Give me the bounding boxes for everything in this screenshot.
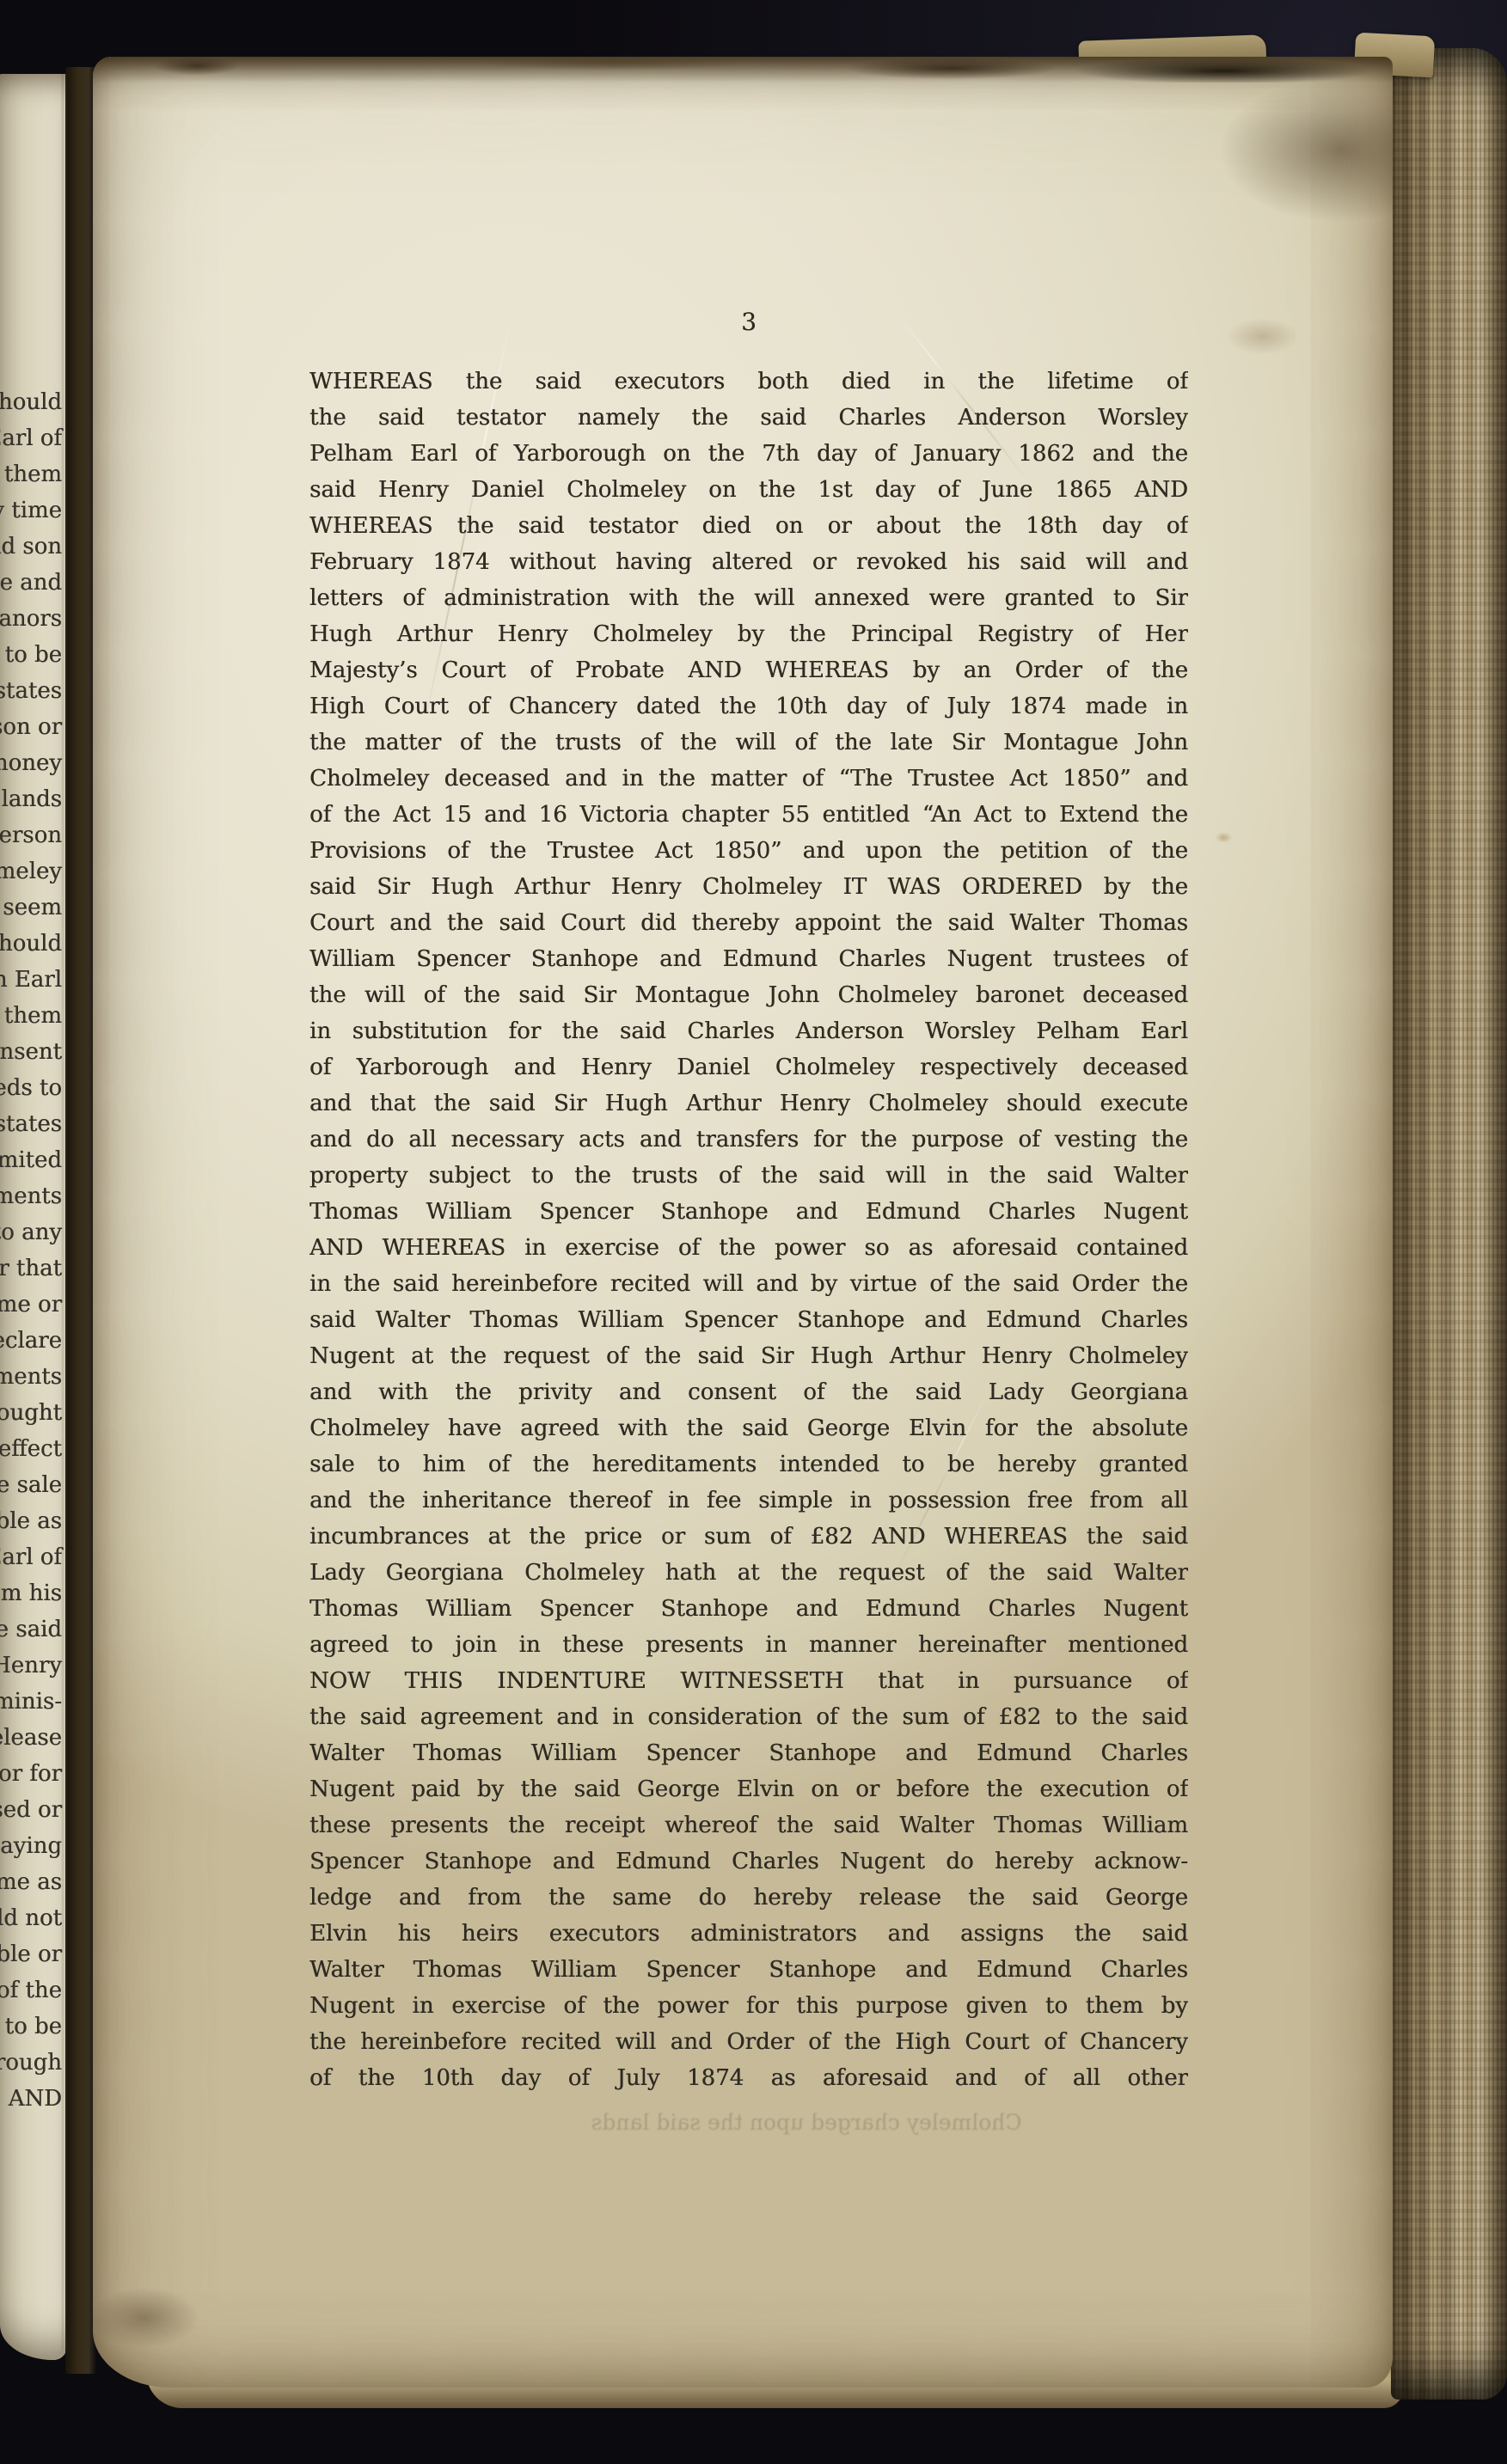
facing-page-line-fragment: able as bbox=[0, 1503, 62, 1539]
facing-page-line-fragment: hought bbox=[0, 1395, 62, 1431]
facing-page-line-fragment: money bbox=[0, 745, 62, 781]
facing-page-line-fragment: Henry bbox=[0, 1648, 62, 1684]
facing-page-fragments: shouldEarl off themy timeaid sonle andma… bbox=[0, 384, 62, 2117]
document-line: said Sir Hugh Arthur Henry Cholmeley IT … bbox=[309, 869, 1188, 905]
document-line: February 1874 without having altered or … bbox=[309, 544, 1188, 580]
facing-page-line-fragment: le and bbox=[0, 565, 62, 601]
facing-page-line-fragment: estates bbox=[0, 1106, 62, 1142]
facing-page-line-fragment: nderson bbox=[0, 817, 62, 853]
facing-page-line-fragment: f them bbox=[0, 456, 62, 492]
facing-page-line-fragment: manors bbox=[0, 601, 62, 637]
document-line: letters of administration with the will … bbox=[309, 580, 1188, 616]
facing-page-edge-strip: shouldEarl off themy timeaid sonle andma… bbox=[0, 74, 67, 2360]
facing-page-line-fragment: AND bbox=[0, 2081, 62, 2117]
facing-page-line-fragment: to any bbox=[0, 1214, 62, 1250]
document-line: sale to him of the hereditaments intende… bbox=[309, 1446, 1188, 1483]
document-line: Thomas William Spencer Stanhope and Edmu… bbox=[309, 1591, 1188, 1627]
document-line: NOW THIS INDENTURE WITNESSETH that in pu… bbox=[309, 1663, 1188, 1699]
document-line: said Walter Thomas William Spencer Stanh… bbox=[309, 1302, 1188, 1338]
document-line: in substitution for the said Charles And… bbox=[309, 1013, 1188, 1049]
document-line: AND WHEREAS in exercise of the power so … bbox=[309, 1230, 1188, 1266]
document-line: agreed to join in these presents in mann… bbox=[309, 1627, 1188, 1663]
facing-page-line-fragment: o effect bbox=[0, 1431, 62, 1467]
document-line: Elvin his heirs executors administrators… bbox=[309, 1916, 1188, 1952]
book-page: 3 WHEREAS the said executors both died i… bbox=[93, 57, 1393, 2388]
document-line: Walter Thomas William Spencer Stanhope a… bbox=[309, 1735, 1188, 1771]
document-line: and that the said Sir Hugh Arthur Henry … bbox=[309, 1085, 1188, 1122]
document-line: of Yarborough and Henry Daniel Cholmeley… bbox=[309, 1049, 1188, 1085]
facing-page-line-fragment: l to be bbox=[0, 2008, 62, 2045]
facing-page-line-fragment: paying bbox=[0, 1828, 62, 1864]
facing-page-line-fragment: of the bbox=[0, 1972, 62, 2008]
facing-page-line-fragment: n Earl bbox=[0, 962, 62, 998]
facing-page-line-fragment: aments bbox=[0, 1359, 62, 1395]
facing-page-line-fragment: aid son bbox=[0, 529, 62, 565]
document-line: and with the privity and consent of the … bbox=[309, 1374, 1188, 1410]
document-line: the said testator namely the said Charle… bbox=[309, 400, 1188, 436]
document-line: High Court of Chancery dated the 10th da… bbox=[309, 688, 1188, 725]
facing-page-line-fragment: Earl of bbox=[0, 420, 62, 456]
facing-page-line-fragment: ame as bbox=[0, 1864, 62, 1900]
document-line: Cholmeley deceased and in the matter of … bbox=[309, 761, 1188, 797]
document-line: the matter of the trusts of the will of … bbox=[309, 725, 1188, 761]
facing-page-line-fragment: declare bbox=[0, 1323, 62, 1359]
facing-page-line-fragment: lminis- bbox=[0, 1684, 62, 1720]
facing-page-line-fragment: ts to be bbox=[0, 637, 62, 673]
facing-page-line-fragment: Earl of bbox=[0, 1539, 62, 1575]
document-line: Nugent paid by the said George Elvin on … bbox=[309, 1771, 1188, 1807]
facing-page-line-fragment: for that bbox=[0, 1250, 62, 1287]
facing-page-line-fragment: ld seem bbox=[0, 890, 62, 926]
facing-page-line-fragment: release bbox=[0, 1720, 62, 1756]
document-line: WHEREAS the said testator died on or abo… bbox=[309, 508, 1188, 544]
document-line: in the said hereinbefore recited will an… bbox=[309, 1266, 1188, 1302]
facing-page-line-fragment: limited bbox=[0, 1142, 62, 1178]
facing-page-line-fragment: ssed or bbox=[0, 1792, 62, 1828]
document-line: Walter Thomas William Spencer Stanhope a… bbox=[309, 1952, 1188, 1988]
document-line: incumbrances at the price or sum of £82 … bbox=[309, 1519, 1188, 1555]
document-line: William Spencer Stanhope and Edmund Char… bbox=[309, 941, 1188, 977]
document-line: these presents the receipt whereof the s… bbox=[309, 1807, 1188, 1843]
facing-page-line-fragment: he said bbox=[0, 1611, 62, 1648]
document-line: Lady Georgiana Cholmeley hath at the req… bbox=[309, 1555, 1188, 1591]
facing-page-line-fragment: estates bbox=[0, 673, 62, 709]
photo-black-background: { "page_number": "3", "document": { "lin… bbox=[0, 0, 1507, 2464]
document-line: and do all necessary acts and transfers … bbox=[309, 1122, 1188, 1158]
facing-page-line-fragment: of them bbox=[0, 998, 62, 1034]
document-line: Majesty’s Court of Probate AND WHEREAS b… bbox=[309, 652, 1188, 688]
document-line: Hugh Arthur Henry Cholmeley by the Princ… bbox=[309, 616, 1188, 652]
document-line: Provisions of the Trustee Act 1850” and … bbox=[309, 833, 1188, 869]
facing-page-line-fragment: aments bbox=[0, 1178, 62, 1214]
document-line: Pelham Earl of Yarborough on the 7th day… bbox=[309, 436, 1188, 472]
facing-page-line-fragment: eeds to bbox=[0, 1070, 62, 1106]
bleed-through-text: Cholmeley charged upon the said lands bbox=[471, 2106, 1142, 2140]
document-line: and the inheritance thereof in fee simpl… bbox=[309, 1483, 1188, 1519]
document-line: Cholmeley have agreed with the said Geor… bbox=[309, 1410, 1188, 1446]
facing-page-line-fragment: ld not bbox=[0, 1900, 62, 1936]
document-line: Nugent at the request of the said Sir Hu… bbox=[309, 1338, 1188, 1374]
document-line: Court and the said Court did thereby app… bbox=[309, 905, 1188, 941]
document-line: of the 10th day of July 1874 as aforesai… bbox=[309, 2060, 1188, 2096]
page-edge-stack bbox=[1391, 48, 1507, 2400]
facing-page-line-fragment: brough bbox=[0, 2045, 62, 2081]
facing-page-line-fragment: em his bbox=[0, 1575, 62, 1611]
facing-page-line-fragment: should bbox=[0, 384, 62, 420]
document-line: said Henry Daniel Cholmeley on the 1st d… bbox=[309, 472, 1188, 508]
facing-page-line-fragment: s lands bbox=[0, 781, 62, 817]
facing-page-line-fragment: able or bbox=[0, 1936, 62, 1972]
document-line: the will of the said Sir Montague John C… bbox=[309, 977, 1188, 1013]
gutter-shadow bbox=[65, 67, 96, 2374]
facing-page-line-fragment: consent bbox=[0, 1034, 62, 1070]
document-line: Nugent in exercise of the power for this… bbox=[309, 1988, 1188, 2024]
document-line: Spencer Stanhope and Edmund Charles Nuge… bbox=[309, 1843, 1188, 1880]
facing-page-line-fragment: or for bbox=[0, 1756, 62, 1792]
document-line: Thomas William Spencer Stanhope and Edmu… bbox=[309, 1194, 1188, 1230]
document-line: the said agreement and in consideration … bbox=[309, 1699, 1188, 1735]
facing-page-line-fragment: olmeley bbox=[0, 853, 62, 890]
facing-page-line-fragment: should bbox=[0, 926, 62, 962]
document-line: of the Act 15 and 16 Victoria chapter 55… bbox=[309, 797, 1188, 833]
page-number: 3 bbox=[309, 308, 1188, 336]
document-text: WHEREAS the said executors both died in … bbox=[309, 364, 1188, 2096]
document-line: WHEREAS the said executors both died in … bbox=[309, 364, 1188, 400]
facing-page-line-fragment: ame or bbox=[0, 1287, 62, 1323]
document-line: property subject to the trusts of the sa… bbox=[309, 1158, 1188, 1194]
document-line: the hereinbefore recited will and Order … bbox=[309, 2024, 1188, 2060]
document-line: ledge and from the same do hereby releas… bbox=[309, 1880, 1188, 1916]
facing-page-line-fragment: son or bbox=[0, 709, 62, 745]
facing-page-line-fragment: he sale bbox=[0, 1467, 62, 1503]
facing-page-line-fragment: y time bbox=[0, 492, 62, 529]
burnt-top-edge bbox=[93, 57, 1393, 83]
